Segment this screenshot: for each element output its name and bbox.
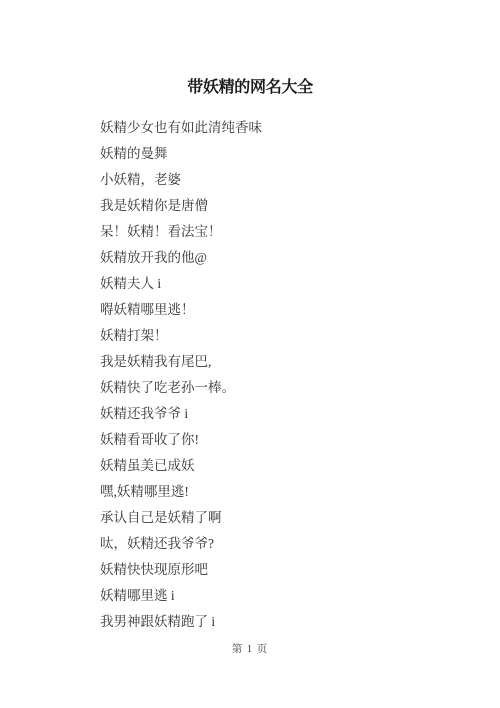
nickname-line: 妖精夫人 i: [100, 271, 450, 297]
nickname-line: 呆！妖精！看法宝！: [100, 219, 450, 245]
nickname-line: 呔，妖精还我爷爷?: [100, 531, 450, 557]
nickname-line: 我男神跟妖精跑了 i: [100, 609, 450, 635]
nickname-line: 小妖精，老婆: [100, 167, 450, 193]
nickname-line: 妖精哪里逃 i: [100, 583, 450, 609]
nickname-line: 妖精快快现原形吧: [100, 557, 450, 583]
nickname-line: 我是妖精我有尾巴,: [100, 349, 450, 375]
nickname-line: 妖精还我爷爷 i: [100, 401, 450, 427]
nickname-line: 我是妖精你是唐僧: [100, 193, 450, 219]
page-number-footer: 第 1 页: [0, 641, 500, 656]
nickname-line: 承认自己是妖精了啊: [100, 505, 450, 531]
document-page: 带妖精的网名大全 妖精少女也有如此清纯香味妖精的曼舞小妖精，老婆我是妖精你是唐僧…: [0, 0, 500, 708]
nickname-line: 嘿,妖精哪里逃!: [100, 479, 450, 505]
nickname-line: 妖精放开我的他@: [100, 245, 450, 271]
nickname-line: 妖精快了吃老孙一棒。: [100, 375, 450, 401]
nickname-line: 妖精少女也有如此清纯香味: [100, 115, 450, 141]
nickname-line: 妖精打架！: [100, 323, 450, 349]
nickname-line: 嘚妖精哪里逃！: [100, 297, 450, 323]
nickname-list: 妖精少女也有如此清纯香味妖精的曼舞小妖精，老婆我是妖精你是唐僧呆！妖精！看法宝！…: [100, 115, 450, 635]
nickname-line: 妖精的曼舞: [100, 141, 450, 167]
page-title: 带妖精的网名大全: [0, 74, 500, 97]
nickname-line: 妖精虽美已成妖: [100, 453, 450, 479]
nickname-line: 妖精看哥收了你!: [100, 427, 450, 453]
